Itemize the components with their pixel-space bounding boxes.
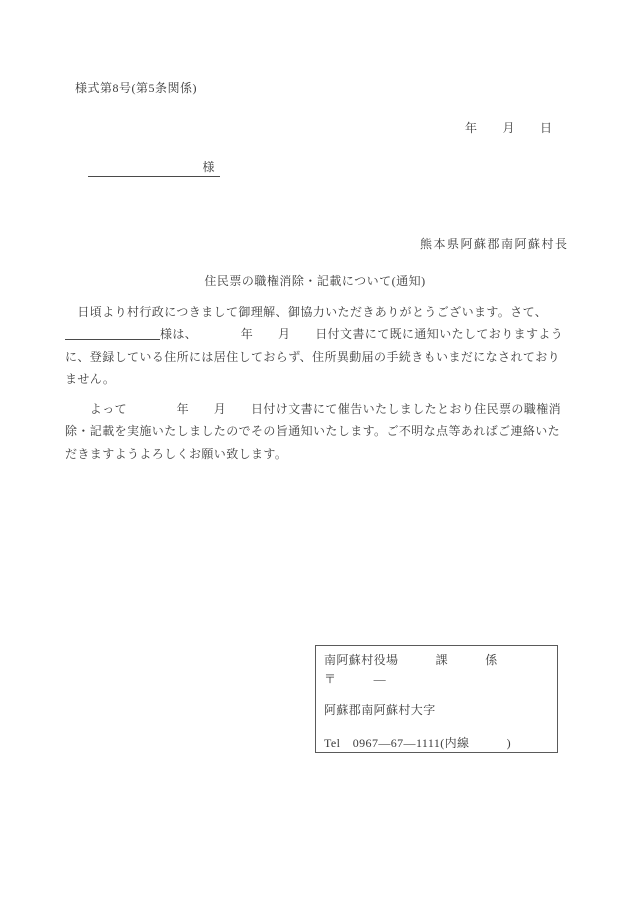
paragraph-line: 日頃より村行政につきまして御理解、御協力いただきありがとうございます。さて、 xyxy=(65,301,570,323)
paragraph-line: よって 年 月 日付け文書にて催告いたしましたとおり住民票の職権消 xyxy=(65,398,570,420)
body-paragraph-2: よって 年 月 日付け文書にて催告いたしましたとおり住民票の職権消 除・記載を実… xyxy=(65,398,570,465)
paragraph-line: 除・記載を実施いたしましたのでその旨通知いたします。ご不明な点等あればご連絡いた xyxy=(65,420,570,442)
name-fill-in-blank xyxy=(65,327,160,340)
contact-info-box: 南阿蘇村役場 課 係 〒 ― 阿蘇郡南阿蘇村大字 Tel 0967―67―111… xyxy=(315,645,558,753)
telephone-line: Tel 0967―67―1111(内線 ) xyxy=(324,734,549,753)
paragraph-line: だきますようよろしくお願い致します。 xyxy=(65,443,570,465)
addressee-name-blank: 様 xyxy=(88,158,220,177)
form-number: 様式第8号(第5条関係) xyxy=(75,79,197,96)
office-address-line: 阿蘇郡南阿蘇村大字 xyxy=(324,701,549,720)
paragraph-line: ません。 xyxy=(65,368,570,390)
office-department-line: 南阿蘇村役場 課 係 xyxy=(324,651,549,670)
postal-code-line: 〒 ― xyxy=(324,670,549,689)
paragraph-line: 様は、 年 月 日付文書にて既に通知いたしておりますよう xyxy=(65,323,570,345)
paragraph-line-text: 様は、 年 月 日付文書にて既に通知いたしておりますよう xyxy=(160,327,563,341)
paragraph-line: に、登録している住所には居住しておらず、住所異動届の手続きもいまだになされており xyxy=(65,346,570,368)
document-page: 様式第8号(第5条関係) 年 月 日 様 熊本県阿蘇郡南阿蘇村長 住民票の職権消… xyxy=(0,0,630,915)
document-title: 住民票の職権消除・記載について(通知) xyxy=(0,272,630,289)
date-blank-line: 年 月 日 xyxy=(465,119,553,136)
body-paragraph-1: 日頃より村行政につきまして御理解、御協力いただきありがとうございます。さて、 様… xyxy=(65,301,570,390)
sender-title: 熊本県阿蘇郡南阿蘇村長 xyxy=(420,235,569,252)
addressee-line: 様 xyxy=(88,158,220,177)
